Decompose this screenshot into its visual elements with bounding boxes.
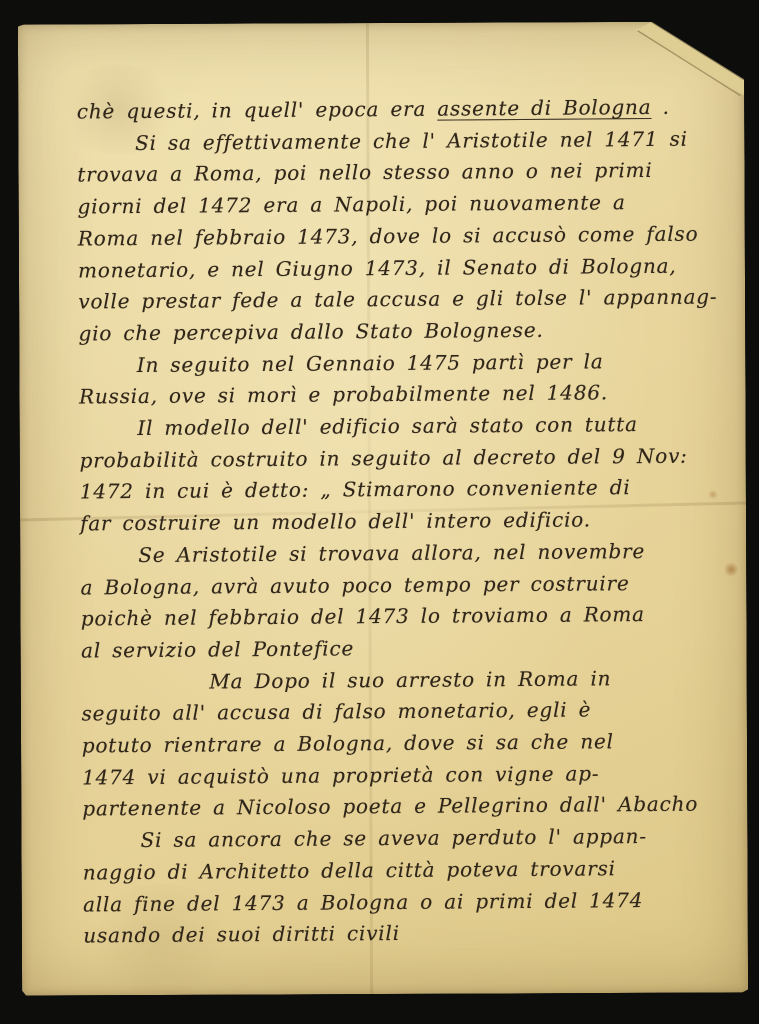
line-text: . <box>651 95 670 119</box>
line-text: trovava a Roma, poi nello stesso anno o … <box>77 158 652 187</box>
manuscript-page: chè questi, in quell' epoca era assente … <box>18 21 748 995</box>
line-text: Il modello dell' edificio sarà stato con… <box>137 412 638 440</box>
manuscript-line: Il modello dell' edificio sarà stato con… <box>79 408 727 445</box>
line-text: seguito all' accusa di falso monetario, … <box>81 698 591 726</box>
manuscript-line: Ma Dopo il suo arresto in Roma in <box>81 662 729 699</box>
line-text: far costruire un modello dell' intero ed… <box>80 508 591 536</box>
manuscript-line: usando dei suoi diritti civili <box>83 916 731 953</box>
manuscript-line: al servizio del Pontefice <box>81 630 729 667</box>
line-text: probabilità costruito in seguito al decr… <box>79 443 687 472</box>
manuscript-line: chè questi, in quell' epoca era assente … <box>77 91 725 128</box>
line-text: Russia, ove si morì e probabilmente nel … <box>79 381 608 409</box>
line-text: chè questi, in quell' epoca era <box>77 97 438 124</box>
line-text: Ma Dopo il suo arresto in Roma in <box>209 666 611 693</box>
manuscript-line: poichè nel febbraio del 1473 lo troviamo… <box>81 599 729 636</box>
manuscript-line: volle prestar fede a tale accusa e gli t… <box>78 282 726 319</box>
line-text: alla fine del 1473 a Bologna o ai primi … <box>83 888 643 916</box>
manuscript-line: gio che percepiva dallo Stato Bolognese. <box>78 313 726 350</box>
manuscript-line: monetario, e nel Giugno 1473, il Senato … <box>78 250 726 287</box>
line-text: Roma nel febbraio 1473, dove lo si accus… <box>78 221 699 250</box>
line-text: Se Aristotile si trovava allora, nel nov… <box>138 539 645 567</box>
manuscript-line: partenente a Nicoloso poeta e Pellegrino… <box>82 789 730 826</box>
manuscript-line: trovava a Roma, poi nello stesso anno o … <box>77 155 725 192</box>
manuscript-line: 1472 in cui è detto: „ Stimarono conveni… <box>80 472 728 509</box>
line-text: In seguito nel Gennaio 1475 partì per la <box>137 349 604 377</box>
line-text: monetario, e nel Giugno 1473, il Senato … <box>78 253 677 282</box>
manuscript-line: Se Aristotile si trovava allora, nel nov… <box>80 535 728 572</box>
manuscript-line: 1474 vi acquistò una proprietà con vigne… <box>82 757 730 794</box>
manuscript-line: probabilità costruito in seguito al decr… <box>79 440 727 477</box>
manuscript-line: In seguito nel Gennaio 1475 partì per la <box>79 345 727 382</box>
manuscript-line: giorni del 1472 era a Napoli, poi nuovam… <box>77 186 725 223</box>
manuscript-line: Si sa ancora che se aveva perduto l' app… <box>82 821 730 858</box>
photo-background: chè questi, in quell' epoca era assente … <box>0 0 759 1024</box>
manuscript-line: far costruire un modello dell' intero ed… <box>80 504 728 541</box>
manuscript-line: Si sa effettivamente che l' Aristotile n… <box>77 123 725 160</box>
line-text: usando dei suoi diritti civili <box>83 921 400 947</box>
line-text: 1472 in cui è detto: „ Stimarono conveni… <box>80 476 631 504</box>
line-text: 1474 vi acquistò una proprietà con vigne… <box>82 761 599 789</box>
line-text: Si sa effettivamente che l' Aristotile n… <box>135 126 688 154</box>
line-text: Si sa ancora che se aveva perduto l' app… <box>140 824 647 852</box>
line-text: partenente a Nicoloso poeta e Pellegrino… <box>82 792 698 821</box>
line-text: volle prestar fede a tale accusa e gli t… <box>78 285 717 314</box>
manuscript-line: alla fine del 1473 a Bologna o ai primi … <box>83 884 731 921</box>
line-text: poichè nel febbraio del 1473 lo troviamo… <box>81 602 645 630</box>
manuscript-line: naggio di Architetto della città poteva … <box>83 852 731 889</box>
manuscript-text: chè questi, in quell' epoca era assente … <box>77 91 732 952</box>
line-text: naggio di Architetto della città poteva … <box>83 856 616 884</box>
manuscript-line: Russia, ove si morì e probabilmente nel … <box>79 377 727 414</box>
line-text: gio che percepiva dallo Stato Bolognese. <box>78 318 543 346</box>
line-text: al servizio del Pontefice <box>81 636 354 662</box>
manuscript-line: a Bologna, avrà avuto poco tempo per cos… <box>80 567 728 604</box>
line-text: potuto rientrare a Bologna, dove si sa c… <box>82 729 614 757</box>
line-text: giorni del 1472 era a Napoli, poi nuovam… <box>77 190 625 218</box>
line-text: a Bologna, avrà avuto poco tempo per cos… <box>80 571 629 599</box>
manuscript-line: Roma nel febbraio 1473, dove lo si accus… <box>78 218 726 255</box>
underlined-phrase: assente di Bologna <box>437 95 651 121</box>
manuscript-line: seguito all' accusa di falso monetario, … <box>81 694 729 731</box>
manuscript-line: potuto rientrare a Bologna, dove si sa c… <box>82 725 730 762</box>
